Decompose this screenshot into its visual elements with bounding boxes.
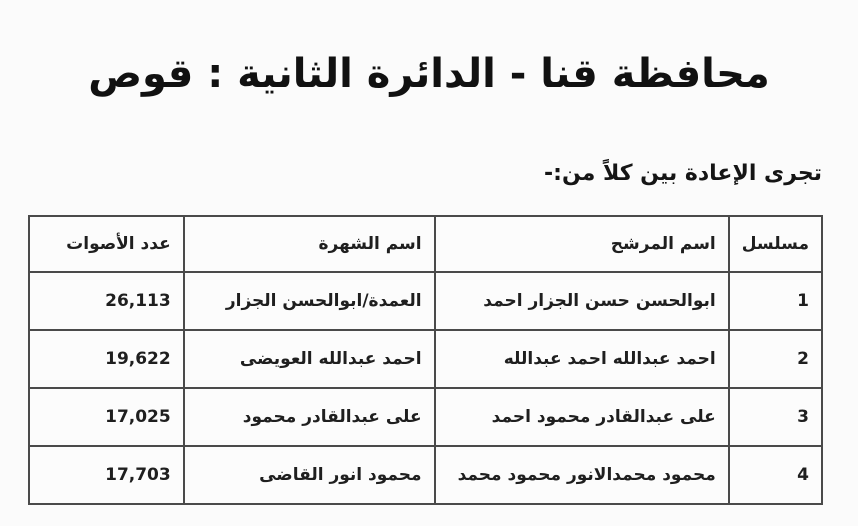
table-row: 3 على عبدالقادر محمود احمد على عبدالقادر…: [29, 388, 822, 446]
cell-votes: 26,113: [29, 272, 184, 330]
cell-popular-name: محمود انور القاضى: [184, 446, 435, 504]
runoff-results-table: مسلسل اسم المرشح اسم الشهرة عدد الأصوات …: [28, 215, 823, 505]
table-row: 4 محمود محمدالانور محمود محمد محمود انور…: [29, 446, 822, 504]
cell-serial: 1: [729, 272, 822, 330]
runoff-subtitle: تجرى الإعادة بين كلاً من:-: [544, 154, 822, 194]
cell-candidate-name: على عبدالقادر محمود احمد: [435, 388, 729, 446]
cell-serial: 2: [729, 330, 822, 388]
cell-serial: 4: [729, 446, 822, 504]
cell-votes: 17,703: [29, 446, 184, 504]
cell-candidate-name: احمد عبدالله احمد عبدالله: [435, 330, 729, 388]
header-popular-name: اسم الشهرة: [184, 216, 435, 272]
cell-candidate-name: ابوالحسن حسن الجزار احمد: [435, 272, 729, 330]
cell-candidate-name: محمود محمدالانور محمود محمد: [435, 446, 729, 504]
cell-popular-name: احمد عبدالله العويضى: [184, 330, 435, 388]
table-row: 2 احمد عبدالله احمد عبدالله احمد عبدالله…: [29, 330, 822, 388]
cell-votes: 17,025: [29, 388, 184, 446]
header-serial: مسلسل: [729, 216, 822, 272]
cell-serial: 3: [729, 388, 822, 446]
cell-popular-name: العمدة/ابوالحسن الجزار: [184, 272, 435, 330]
table-header-row: مسلسل اسم المرشح اسم الشهرة عدد الأصوات: [29, 216, 822, 272]
cell-popular-name: على عبدالقادر محمود: [184, 388, 435, 446]
header-candidate-name: اسم المرشح: [435, 216, 729, 272]
page-title: محافظة قنا - الدائرة الثانية : قوص: [0, 44, 858, 104]
cell-votes: 19,622: [29, 330, 184, 388]
header-votes: عدد الأصوات: [29, 216, 184, 272]
table-row: 1 ابوالحسن حسن الجزار احمد العمدة/ابوالح…: [29, 272, 822, 330]
